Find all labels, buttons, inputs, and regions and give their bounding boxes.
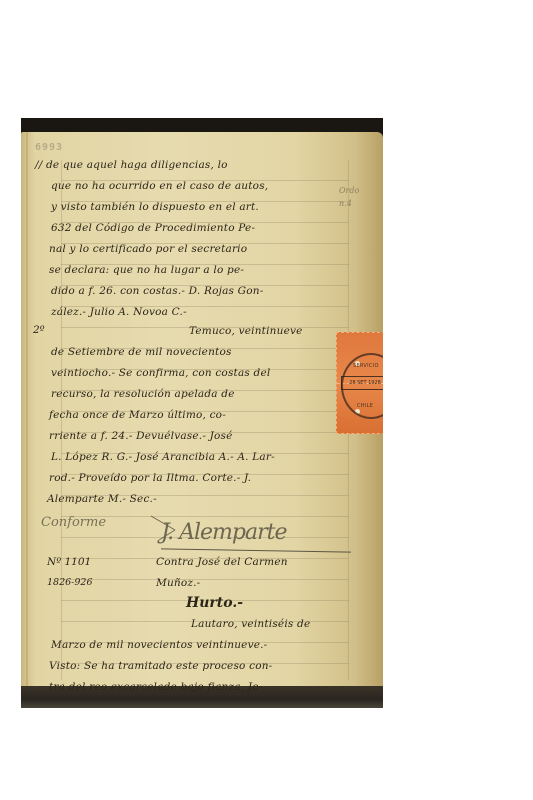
entry3-line-2: Marzo de mil novecientos veintinueve.- [51,639,267,651]
entry1-line-1: // de que aquel haga diligencias, lo [35,159,228,171]
case-ref: 1826-926 [47,577,93,588]
folio-number: 6993 [35,142,63,153]
entry2-number: 2º [33,324,45,336]
entry1-line-8: zález.- Julio A. Novoa C.- [51,306,187,318]
margin-note: Ordo n.4 [339,184,359,210]
ledger-photograph: 6993 // de que aquel haga diligencias, l… [21,118,383,708]
postmark-date: 28 SET 1928 [341,376,383,390]
signature: J. Alempartе [161,520,286,545]
entry1-line-5: nal y lo certificado por el secretario [49,243,247,255]
ledger-page: 6993 // de que aquel haga diligencias, l… [21,132,383,688]
entry3-line-1: Lautaro, veintiséis de [191,618,310,630]
entry1-line-2: que no ha ocurrido en el caso de autos, [51,180,268,192]
entry1-line-7: dido a f. 26. con costas.- D. Rojas Gon- [51,285,263,297]
entry2-line-8: rod.- Proveído por la Iltma. Corte.- J. [49,472,251,484]
entry2-line-2: de Setiembre de mil novecientos [51,346,232,358]
entry1-line-4: 632 del Código de Procedimiento Pe- [51,222,255,234]
party-line-2: Muñoz.- [156,577,200,589]
conforme-label: Conforme [41,515,106,530]
entry1-line-6: se declara: que no ha lugar a lo pe- [49,264,244,276]
case-number: Nº 1101 [47,556,91,568]
entry3-line-3: Visto: Se ha tramitado este proceso con- [49,660,272,672]
entry2-line-6: rriente a f. 24.- Devuélvase.- José [49,430,233,442]
entry2-line-9: Alempartе M.- Sec.- [47,493,157,505]
revenue-stamp: SERVICIO CHILE 28 SET 1928 [336,332,383,434]
crime-title: Hurto.- [186,595,243,611]
entry2-line-7: L. López R. G.- José Arancibia A.- A. La… [51,451,275,463]
entry2-line-3: veintiocho.- Se confirma, con costas del [51,367,270,379]
entry2-line-4: recurso, la resolución apelada de [51,388,235,400]
entry3-line-4: tra del reo excarcelado bajo fianza, Jo- [49,681,262,693]
entry2-line-5: fecha once de Marzo último, co- [49,409,226,421]
entry1-line-3: y visto también lo dispuesto en el art. [51,201,259,213]
entry2-line-1: Temuco, veintinueve [189,325,303,337]
party-line-1: Contra José del Carmen [156,556,288,568]
